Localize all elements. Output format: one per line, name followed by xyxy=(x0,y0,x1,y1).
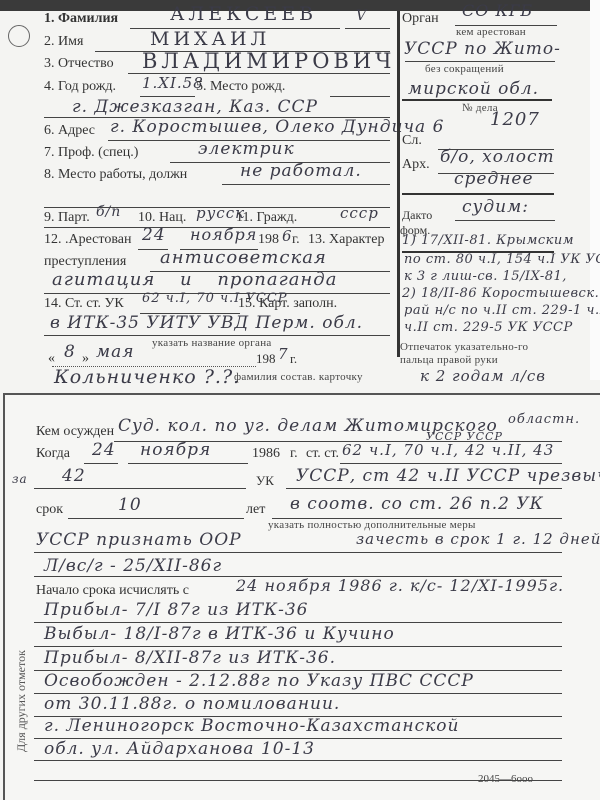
fingerprint-note: к 2 годам л/св xyxy=(420,367,546,385)
when-month-line xyxy=(128,463,248,464)
filled-by-line xyxy=(44,335,390,336)
staff-value: Кольниченко ?.?. xyxy=(54,366,240,388)
extra-line-1-left: УССР признать ООР xyxy=(36,530,242,550)
movement-line-6: г. Лениногорск Восточно-Казахстанской xyxy=(44,716,459,736)
surname-value: АЛЕКСЕЕВ xyxy=(170,3,317,25)
surname-label: 1. Фамилия xyxy=(44,11,118,27)
crime-character-label-2: преступления xyxy=(44,254,126,270)
patronymic-label: 3. Отчество xyxy=(44,56,114,72)
organ-value: СО КГБ xyxy=(462,1,533,20)
when-year-unit: г. xyxy=(290,446,298,462)
organ-full-value-2: мирской обл. xyxy=(408,79,539,99)
address-value: г. Коростышев, Олеко Дундича 6 xyxy=(110,117,444,137)
staff-caption: фамилия состав. карточку xyxy=(234,371,363,383)
articles-label: 14. Ст. ст. УК xyxy=(44,296,124,312)
filled-by-caption: указать название органа xyxy=(152,337,272,349)
uk-left-value: 42 xyxy=(62,466,86,486)
movement-line-7: обл. ул. Айдарханова 10-13 xyxy=(44,739,315,759)
uk-left-line xyxy=(34,488,246,489)
profession-value: электрик xyxy=(198,139,295,159)
dakto-line xyxy=(455,220,555,221)
birth-year-label: 4. Год рожд. xyxy=(44,79,116,95)
organ-caption: кем арестован xyxy=(456,26,526,38)
birth-place-line-1 xyxy=(330,96,390,97)
name-label: 2. Имя xyxy=(44,34,83,50)
surname-line-2 xyxy=(345,28,390,29)
workplace-line xyxy=(222,184,390,185)
organ-label: Орган xyxy=(402,11,439,27)
workplace-label: 8. Место работы, должн xyxy=(44,167,187,183)
convicted-by-annotation: областн. xyxy=(508,412,580,427)
uk-label: УК xyxy=(256,473,274,489)
card-filled-label: 15. Карт. заполн. xyxy=(238,296,337,312)
record-note-1: 1) 17/XII-81. Крымским xyxy=(402,233,574,248)
term-label: срок xyxy=(36,502,63,518)
record-note-4: 2) 18/II-86 Коростышевск. xyxy=(402,286,599,301)
date-year-prefix: 198 xyxy=(256,351,276,367)
case-number-value: 1207 xyxy=(490,109,540,130)
crime-value-2: агитация и пропаганда xyxy=(52,269,337,290)
record-note-6: ч.II ст. 229-5 УК УССР xyxy=(404,320,573,335)
name-value: МИХАИЛ xyxy=(150,28,270,50)
party-label: 9. Парт. xyxy=(44,210,90,226)
movement-rule-2 xyxy=(34,646,562,647)
organ-full-caption: без сокращений xyxy=(425,63,504,75)
arrested-day: 24 xyxy=(142,225,166,245)
record-note-5: рай н/с по ч.II ст. 229-1 ч.2 xyxy=(404,303,600,318)
address-label: 6. Адрес xyxy=(44,123,95,139)
date-day: 8 xyxy=(64,342,76,362)
arrested-year-prefix: 198 xyxy=(258,232,279,248)
movement-line-2: Выбыл- 18/I-87г в ИТК-36 и Кучино xyxy=(44,624,395,644)
birth-place-label: 5. Место рожд. xyxy=(196,79,285,95)
filled-by-value: в ИТК-35 УИТУ УВД Перм. обл. xyxy=(50,313,363,333)
term-start-value: 24 ноября 1986 г. к/с- 12/XI-1995г. xyxy=(236,576,564,595)
date-year-unit: г. xyxy=(290,351,297,367)
term-extra: в соотв. со ст. 26 п.2 УК xyxy=(290,494,544,514)
party-value: б/п xyxy=(96,204,121,220)
citizenship-label: 11. Гражд. xyxy=(236,210,297,226)
date-year-suffix: 7 xyxy=(278,345,289,363)
term-value: 10 xyxy=(118,495,142,515)
when-day: 24 xyxy=(92,440,116,460)
when-day-line xyxy=(84,463,118,464)
arrested-year-suffix: 6 xyxy=(282,227,293,245)
profession-label: 7. Проф. (спец.) xyxy=(44,145,138,161)
when-articles-label: ст. ст. xyxy=(306,446,339,462)
movement-line-3: Прибыл- 8/XII-87г из ИТК-36. xyxy=(44,648,336,668)
movement-rule-1 xyxy=(34,622,562,623)
extra-line-2-left: Л/вс/г - 25/XII-86г xyxy=(44,556,222,576)
extra-line-1 xyxy=(34,552,562,553)
arch-line-2 xyxy=(402,193,554,195)
movement-line-5: от 30.11.88г. о помиловании. xyxy=(44,694,340,714)
dakto-label: Дакто xyxy=(402,208,432,223)
organ-full-line-1 xyxy=(405,61,555,62)
crime-character-label: 13. Характер xyxy=(308,232,385,248)
arrested-label: 12. .Арестован xyxy=(44,232,131,248)
organ-full-value-1: УССР по Жито- xyxy=(404,39,561,59)
print-code: 2045—6ооо xyxy=(478,773,533,785)
date-open-quote: « xyxy=(48,351,55,367)
when-articles-line xyxy=(340,463,562,464)
scan-right-margin xyxy=(590,0,600,380)
workplace-value: не работал. xyxy=(240,161,362,181)
dakto-value: судим: xyxy=(462,197,529,217)
record-note-3: к 3 г лиш-св. 15/IX-81, xyxy=(404,269,567,284)
when-label: Когда xyxy=(36,446,70,462)
record-note-2: по ст. 80 ч.I, 154 ч.I УК УССР xyxy=(404,252,600,267)
term-start-label: Начало срока исчислять с xyxy=(36,583,189,599)
date-month: мая xyxy=(96,342,135,362)
uk-line xyxy=(286,488,562,489)
organ-full-line-2 xyxy=(402,99,552,101)
arch-label: Арх. xyxy=(402,157,430,173)
punch-hole-icon xyxy=(8,25,30,47)
crime-value-1: антисоветская xyxy=(160,247,327,268)
when-articles-value: 62 ч.I, 70 ч.I, 42 ч.II, 43 xyxy=(342,441,554,459)
fingerprint-caption: Отпечаток указательно-го пальца правой р… xyxy=(400,341,560,367)
extra-line-1-right: зачесть в срок 1 г. 12 дней. xyxy=(356,530,600,548)
birth-place-value: г. Джезказган, Каз. ССР xyxy=(72,97,318,117)
side-note-label: Для других отметок xyxy=(14,650,29,752)
term-line xyxy=(68,518,244,519)
uk-value: УССР, ст 42 ч.II УССР чрезвыч. xyxy=(296,466,600,486)
surname-checkmark: V xyxy=(356,8,367,24)
arrested-year-unit: г. xyxy=(292,232,300,248)
birth-year-value: 1.XI.58 xyxy=(142,74,204,92)
arch-value-1: б/о, холост xyxy=(440,147,555,167)
registration-card-front: 1. Фамилия АЛЕКСЕЕВ V 2. Имя МИХАИЛ 3. О… xyxy=(0,11,590,381)
sl-label: Сл. xyxy=(402,133,422,149)
convicted-by-label: Кем осужден xyxy=(36,424,114,440)
term-unit: лет xyxy=(246,502,265,518)
uk-prefix: за xyxy=(12,472,28,486)
when-month: ноября xyxy=(140,440,211,460)
citizenship-value: ссср xyxy=(340,204,379,222)
arch-value-2: среднее xyxy=(454,169,534,189)
patronymic-value: ВЛАДИМИРОВИЧ xyxy=(142,49,395,73)
movement-rule-7 xyxy=(34,760,562,761)
nationality-label: 10. Нац. xyxy=(138,210,186,226)
movement-line-1: Прибыл- 7/I 87г из ИТК-36 xyxy=(44,600,308,620)
right-column-divider xyxy=(397,11,400,357)
movement-line-4: Освобожден - 2.12.88г по Указу ПВС СССР xyxy=(44,671,474,691)
when-year: 1986 xyxy=(252,446,280,462)
date-close-quote: » xyxy=(82,351,89,367)
arrested-month: ноября xyxy=(190,225,257,244)
